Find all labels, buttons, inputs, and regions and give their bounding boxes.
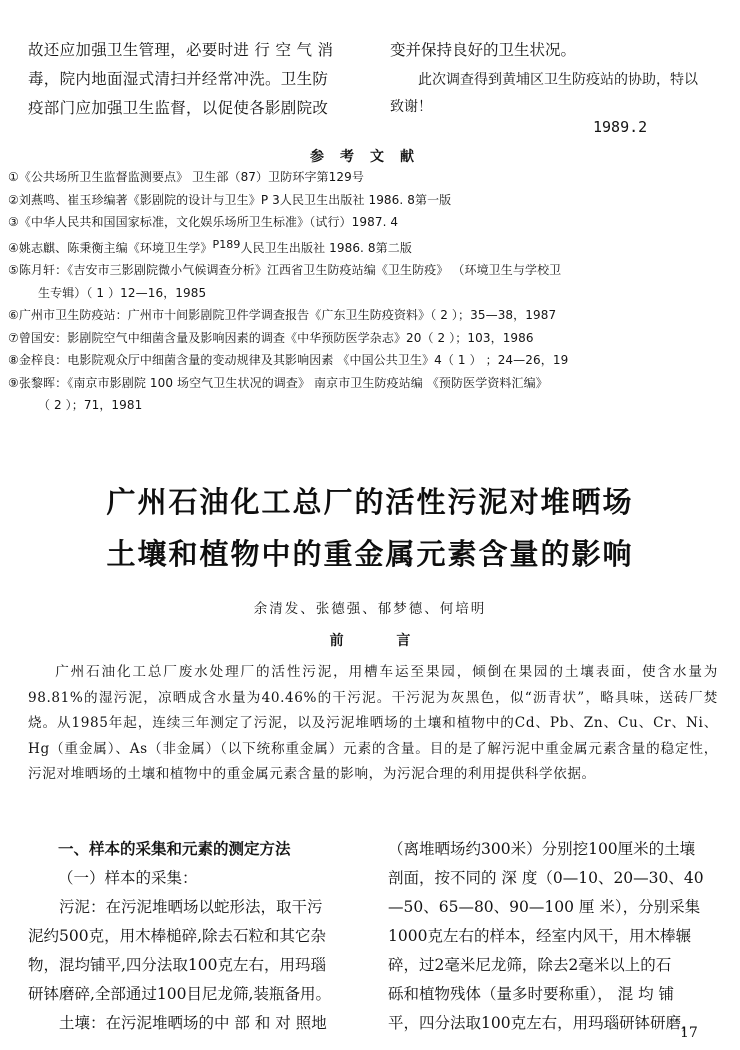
- body-text-line: 土壤：在污泥堆晒场的中 部 和 对 照地: [28, 1009, 360, 1038]
- body-text-line: 砾和植物残体（量多时要称重）， 混 均 铺: [388, 980, 720, 1009]
- body-text-line: 变并保持良好的卫生状况。: [390, 36, 720, 65]
- reference-number: ⑥: [8, 308, 19, 322]
- preface-heading: 前 言: [0, 630, 740, 650]
- reference-number: ②: [8, 193, 19, 207]
- body-text-line: 故还应加强卫生管理，必要时进 行 空 气 消: [28, 36, 362, 65]
- reference-text: 人民卫生出版社 1986. 8第二版: [241, 241, 412, 255]
- article-title-line: 广州石油化工总厂的活性污泥对堆晒场: [0, 476, 740, 528]
- preface-section: 广州石油化工总厂废水处理厂的活性污泥，用槽车运至果园，倾倒在果园的土壤表面，使含…: [28, 660, 718, 788]
- acknowledgement-text: 此次调查得到黄埔区卫生防疫站的协助，特以: [390, 67, 720, 94]
- reference-item: ③《中华人民共和国国家标准，文化娱乐场所卫生标准》（试行）1987. 4: [8, 211, 734, 234]
- reference-item: ②刘燕鸣、崔玉珍编著《影剧院的设计与卫生》P 3人民卫生出版社 1986. 8第…: [8, 189, 734, 212]
- reference-text: 《中华人民共和国国家标准，文化娱乐场所卫生标准》（试行）1987. 4: [19, 215, 398, 229]
- reference-number: ⑦: [8, 331, 19, 345]
- body-text-line: 平，四分法取100克左右，用玛瑙研钵研磨，: [388, 1009, 720, 1038]
- reference-text-continued: （ 2 ）；71，1981: [8, 394, 734, 417]
- body-text-line: 疫部门应加强卫生监督，以促使各影剧院改: [28, 94, 362, 123]
- body-text-line: 碎，过2毫米尼龙筛，除去2毫米以上的石: [388, 951, 720, 980]
- reference-number: ⑧: [8, 353, 19, 367]
- reference-text-continued: 生专辑）（ 1 ）12—16，1985: [8, 282, 734, 305]
- references-list: ①《公共场所卫生监督监测要点》 卫生部（87）卫防环字第129号 ②刘燕鸣、崔玉…: [8, 166, 734, 417]
- previous-article-left-column: 故还应加强卫生管理，必要时进 行 空 气 消 毒，院内地面湿式清扫并经常冲洗。卫…: [28, 36, 362, 123]
- body-text-line: —50、65—80、90—100 厘 米），分别采集: [388, 893, 720, 922]
- reference-text: 姚志麒、陈秉衡主编《环境卫生学》: [19, 241, 213, 255]
- reference-number: ③: [8, 215, 19, 229]
- body-text-line: （离堆晒场约300米）分别挖100厘米的土壤: [388, 835, 720, 864]
- body-text-line: 污泥：在污泥堆晒场以蛇形法，取干污: [28, 893, 360, 922]
- reference-text: 广州市卫生防疫站：广州市十间影剧院卫件学调查报告《广东卫生防疫资料》（ 2 ）；…: [19, 308, 556, 322]
- article-title: 广州石油化工总厂的活性污泥对堆晒场 土壤和植物中的重金属元素含量的影响: [0, 476, 740, 580]
- article-date: 1989.2: [593, 118, 647, 136]
- section1-right-column: （离堆晒场约300米）分别挖100厘米的土壤 剖面，按不同的 深 度（0—10、…: [388, 835, 720, 1038]
- reference-number: ①: [8, 170, 19, 184]
- body-text-line: 1000克左右的样本，经室内风干，用木棒辗: [388, 922, 720, 951]
- references-heading: 参考文献: [0, 146, 740, 166]
- reference-item: ⑦曾国安：影剧院空气中细菌含量及影响因素的调查《中华预防医学杂志》20（ 2 ）…: [8, 327, 734, 350]
- reference-text: 张黎晖：《南京市影剧院 100 场空气卫生状况的调查》 南京市卫生防疫站编 《预…: [19, 376, 548, 390]
- subsection-heading: （一）样本的采集：: [28, 864, 360, 893]
- body-text-line: 物，混均铺平,四分法取100克左右，用玛瑙: [28, 951, 360, 980]
- page-number: 17: [680, 1025, 698, 1041]
- article-title-line: 土壤和植物中的重金属元素含量的影响: [0, 528, 740, 580]
- previous-article-right-column: 变并保持良好的卫生状况。 此次调查得到黄埔区卫生防疫站的协助，特以 致谢！: [390, 36, 720, 121]
- reference-item: ④姚志麒、陈秉衡主编《环境卫生学》P189人民卫生出版社 1986. 8第二版: [8, 234, 734, 260]
- reference-number: ⑤: [8, 263, 19, 277]
- reference-page-superscript: P189: [212, 238, 240, 251]
- reference-text: 《公共场所卫生监督监测要点》 卫生部（87）卫防环字第129号: [19, 170, 364, 184]
- body-text-line: 泥约500克，用木棒槌碎,除去石粒和其它杂: [28, 922, 360, 951]
- reference-item: ⑨张黎晖：《南京市影剧院 100 场空气卫生状况的调查》 南京市卫生防疫站编 《…: [8, 372, 734, 395]
- reference-item: ⑥广州市卫生防疫站：广州市十间影剧院卫件学调查报告《广东卫生防疫资料》（ 2 ）…: [8, 304, 734, 327]
- section1-left-column: 一、样本的采集和元素的测定方法 （一）样本的采集： 污泥：在污泥堆晒场以蛇形法，…: [28, 835, 360, 1038]
- article-authors: 余清发、张德强、郁梦德、何培明: [0, 597, 740, 617]
- body-text-line: 研钵磨碎,全部通过100目尼龙筛,装瓶备用。: [28, 980, 360, 1009]
- body-text-line: 毒，院内地面湿式清扫并经常冲洗。卫生防: [28, 65, 362, 94]
- reference-item: ⑧金梓良：电影院观众厅中细菌含量的变动规律及其影响因素 《中国公共卫生》4（ 1…: [8, 349, 734, 372]
- reference-text: 金梓良：电影院观众厅中细菌含量的变动规律及其影响因素 《中国公共卫生》4（ 1 …: [19, 353, 568, 367]
- reference-text: 曾国安：影剧院空气中细菌含量及影响因素的调查《中华预防医学杂志》20（ 2 ）；…: [19, 331, 534, 345]
- reference-text: 刘燕鸣、崔玉珍编著《影剧院的设计与卫生》P 3人民卫生出版社 1986. 8第一…: [19, 193, 451, 207]
- reference-number: ⑨: [8, 376, 19, 390]
- reference-text: 陈月轩：《吉安市三影剧院微小气候调查分析》江西省卫生防疫站编《卫生防疫》 （环境…: [19, 263, 561, 277]
- preface-paragraph: 广州石油化工总厂废水处理厂的活性污泥，用槽车运至果园，倾倒在果园的土壤表面，使含…: [28, 660, 718, 788]
- reference-item: ⑤陈月轩：《吉安市三影剧院微小气候调查分析》江西省卫生防疫站编《卫生防疫》 （环…: [8, 259, 734, 282]
- acknowledgement-text-continued: 致谢！: [390, 94, 720, 121]
- reference-number: ④: [8, 241, 19, 255]
- reference-item: ①《公共场所卫生监督监测要点》 卫生部（87）卫防环字第129号: [8, 166, 734, 189]
- body-text-line: 剖面，按不同的 深 度（0—10、20—30、40: [388, 864, 720, 893]
- section-heading: 一、样本的采集和元素的测定方法: [28, 835, 360, 864]
